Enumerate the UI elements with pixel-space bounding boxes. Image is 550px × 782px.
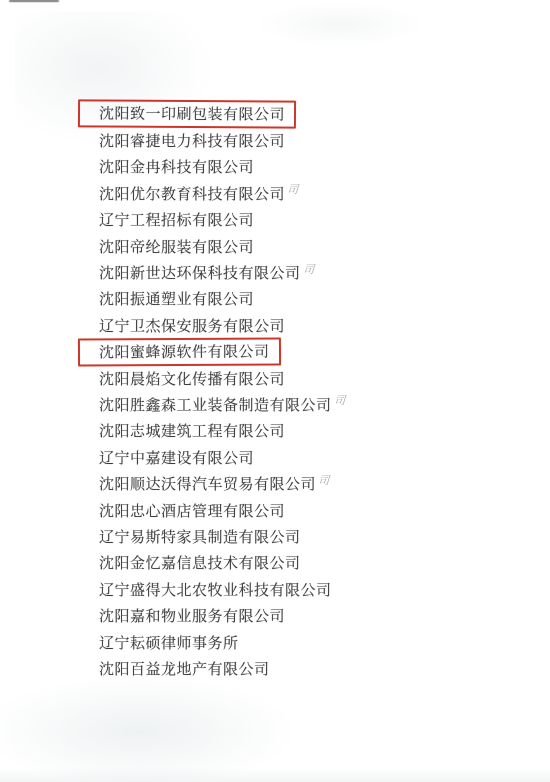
company-list-item: 辽宁卫杰保安服务有限公司: [99, 312, 345, 338]
company-name: 沈阳嘉和物业服务有限公司: [99, 605, 285, 626]
scan-ghost-character: 司: [301, 261, 317, 277]
company-name: 辽宁盛得大北农牧业科技有限公司: [99, 579, 332, 600]
company-name: 辽宁卫杰保安服务有限公司: [99, 315, 285, 336]
company-list-item: 沈阳百益龙地产有限公司: [99, 655, 345, 681]
company-list-item: 沈阳新世达环保科技有限公司 司: [99, 259, 345, 285]
company-name: 沈阳金冉科技有限公司: [99, 156, 254, 177]
company-name: 沈阳帝纶服装有限公司: [99, 236, 254, 257]
company-name: 沈阳胜鑫森工业装备制造有限公司: [99, 394, 332, 415]
company-name: 沈阳振通塑业有限公司: [99, 288, 254, 309]
scan-artifact-line: [9, 0, 59, 2]
company-list-item: 沈阳晨焰文化传播有限公司: [99, 365, 345, 391]
scan-ghost-character: 司: [317, 472, 333, 488]
company-name: 辽宁工程招标有限公司: [99, 209, 254, 230]
company-list-item: 辽宁易斯特家具制造有限公司: [99, 523, 345, 549]
company-name: 沈阳致一印刷包装有限公司: [99, 103, 285, 125]
company-list-item: 沈阳帝纶服装有限公司: [99, 233, 345, 259]
company-name: 辽宁耘硕律师事务所: [99, 632, 239, 653]
company-list-item: 辽宁中嘉建设有限公司: [99, 444, 345, 470]
company-list-item: 沈阳顺达沃得汽车贸易有限公司 司: [99, 470, 345, 496]
company-name: 沈阳晨焰文化传播有限公司: [99, 368, 285, 389]
company-list-item: 辽宁盛得大北农牧业科技有限公司: [99, 576, 345, 602]
scan-shadow-bottom-edge: [0, 768, 550, 782]
company-list-item: 沈阳忠心酒店管理有限公司: [99, 497, 345, 523]
company-list-item: 沈阳胜鑫森工业装备制造有限公司 司: [99, 391, 345, 417]
company-list-item: 沈阳嘉和物业服务有限公司: [99, 602, 345, 628]
company-name: 辽宁中嘉建设有限公司: [99, 447, 254, 468]
scan-ghost-character: 司: [332, 392, 348, 408]
company-name: 沈阳志城建筑工程有限公司: [99, 420, 285, 441]
scan-ghost-character: 司: [286, 181, 302, 197]
company-name: 沈阳蜜蜂源软件有限公司: [99, 340, 270, 362]
scan-smudge-bottom-left: [0, 670, 310, 782]
red-highlight-box: 沈阳致一印刷包装有限公司: [78, 100, 296, 129]
company-name: 沈阳睿捷电力科技有限公司: [99, 130, 285, 151]
company-list-item: 沈阳振通塑业有限公司: [99, 286, 345, 312]
company-list-item: 辽宁耘硕律师事务所: [99, 629, 345, 655]
red-highlight-box: 沈阳蜜蜂源软件有限公司: [78, 337, 281, 366]
company-list-item: 沈阳优尔教育科技有限公司 司: [99, 180, 345, 206]
company-name: 沈阳金忆嘉信息技术有限公司: [99, 552, 301, 573]
company-name: 辽宁易斯特家具制造有限公司: [99, 526, 301, 547]
company-list-item: 沈阳金冉科技有限公司: [99, 154, 345, 180]
scan-smudge-top-middle: [255, 2, 425, 47]
company-list-item: 沈阳蜜蜂源软件有限公司: [99, 339, 345, 365]
company-name: 沈阳顺达沃得汽车贸易有限公司: [99, 473, 316, 494]
company-name: 沈阳新世达环保科技有限公司: [99, 262, 301, 283]
company-list-item: 沈阳睿捷电力科技有限公司: [99, 127, 345, 153]
company-list-item: 沈阳致一印刷包装有限公司: [99, 101, 345, 127]
company-name: 沈阳百益龙地产有限公司: [99, 658, 270, 679]
company-list-item: 辽宁工程招标有限公司: [99, 207, 345, 233]
company-name: 沈阳优尔教育科技有限公司: [99, 183, 285, 204]
company-list-item: 沈阳金忆嘉信息技术有限公司: [99, 550, 345, 576]
scanned-page: 沈阳致一印刷包装有限公司 沈阳睿捷电力科技有限公司 沈阳金冉科技有限公司 沈阳优…: [0, 0, 550, 782]
company-name: 沈阳忠心酒店管理有限公司: [99, 500, 285, 521]
company-list-item: 沈阳志城建筑工程有限公司: [99, 418, 345, 444]
company-list: 沈阳致一印刷包装有限公司 沈阳睿捷电力科技有限公司 沈阳金冉科技有限公司 沈阳优…: [99, 101, 345, 682]
